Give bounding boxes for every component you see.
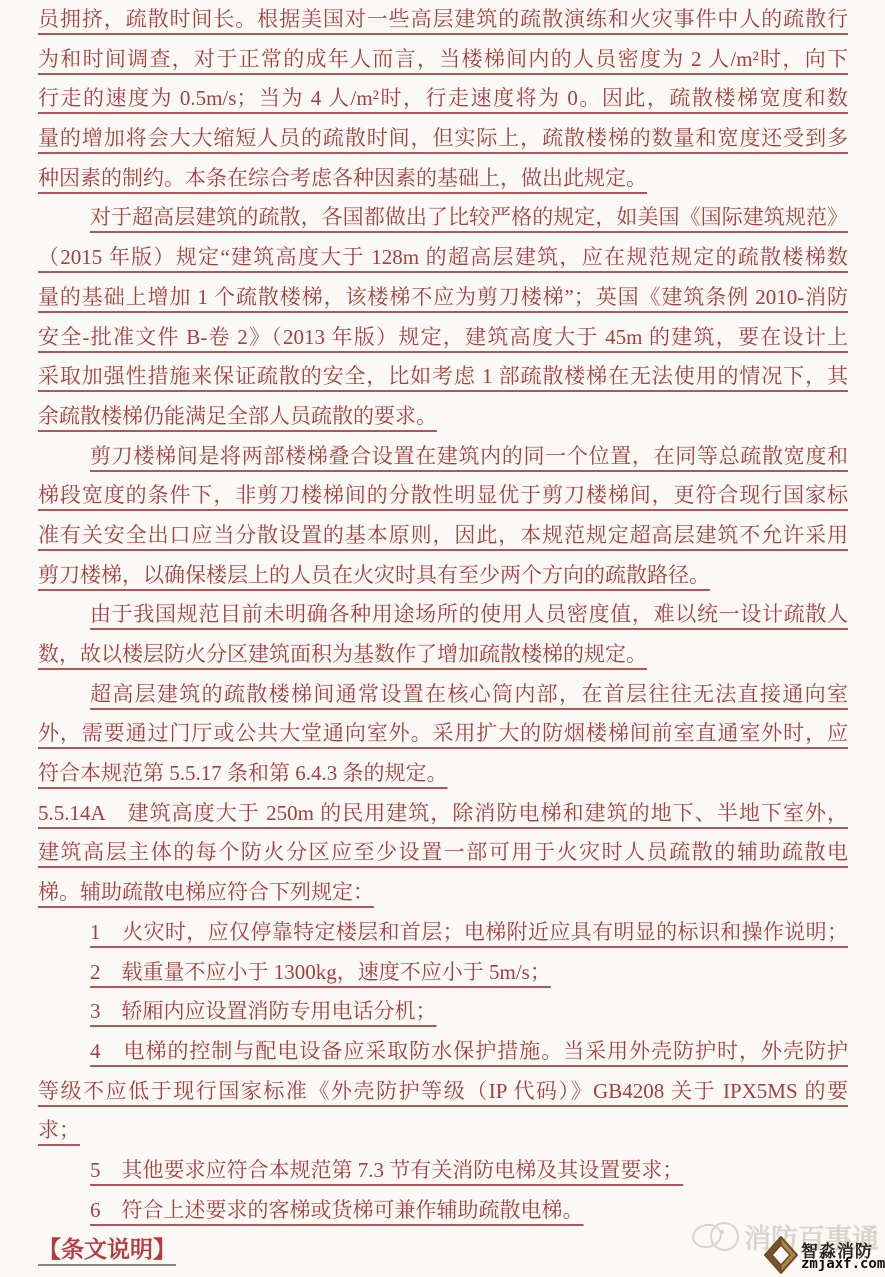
text-line: 剪刀楼梯间是将两部楼梯叠合设置在建筑内的同一个位置，在同等总疏散宽度和 (38, 437, 848, 477)
clause-heading-line: 建筑高层主体的每个防火分区应至少设置一部可用于火灾时人员疏散的辅助疏散电 (38, 833, 848, 873)
text-line: 余疏散楼梯仍能满足全部人员疏散的要求。 (38, 397, 848, 437)
clause-heading-line: 梯。辅助疏散电梯应符合下列规定： (38, 873, 848, 913)
text-line: 数，故以楼层防火分区建筑面积为基数作了增加疏散楼梯的规定。 (38, 635, 848, 675)
bubbles-icon (692, 1220, 746, 1252)
text-line: 梯段宽度的条件下，非剪刀楼梯间的分散性明显优于剪刀楼梯间，更符合现行国家标 (38, 476, 848, 516)
diamond-logo-icon (764, 1236, 798, 1274)
zhimiao-logo: 智淼消防 zmjaxf.com (764, 1236, 882, 1276)
document-page: 员拥挤，疏散时间长。根据美国对一些高层建筑的疏散演练和火灾事件中人的疏散行 为和… (0, 0, 885, 1277)
list-item-line: 4 电梯的控制与配电设备应采取防水保护措施。当采用外壳防护时，外壳防护 (38, 1032, 848, 1072)
text-line: 由于我国规范目前未明确各种用途场所的使用人员密度值，难以统一设计疏散人 (38, 595, 848, 635)
logo-site-text: zmjaxf.com (801, 1256, 885, 1272)
text-line: 外，需要通过门厅或公共大堂通向室外。采用扩大的防烟楼梯间前室直通室外时，应 (38, 714, 848, 754)
text-line: 行走的速度为 0.5m/s；当为 4 人/m²时，行走速度将为 0。因此，疏散楼… (38, 79, 848, 119)
text-line: 对于超高层建筑的疏散，各国都做出了比较严格的规定，如美国《国际建筑规范》 (38, 198, 848, 238)
list-item-line: 求； (38, 1111, 848, 1151)
text-line: 量的增加将会大大缩短人员的疏散时间，但实际上，疏散楼梯的数量和宽度还受到多 (38, 119, 848, 159)
text-line: 超高层建筑的疏散楼梯间通常设置在核心筒内部，在首层往往无法直接通向室 (38, 675, 848, 715)
bubble-shape (710, 1222, 739, 1251)
clause-heading-line: 5.5.14A 建筑高度大于 250m 的民用建筑，除消防电梯和建筑的地下、半地… (38, 794, 848, 834)
bubble-dot (720, 1230, 724, 1234)
text-line: 安全-批准文件 B-卷 2》（2013 年版）规定，建筑高度大于 45m 的建筑… (38, 318, 848, 358)
list-item-line: 等级不应低于现行国家标准《外壳防护等级（IP 代码）》GB4208 关于 IPX… (38, 1072, 848, 1112)
list-item-line: 3 轿厢内应设置消防专用电话分机； (38, 992, 848, 1032)
text-line: 种因素的制约。本条在综合考虑各种因素的基础上，做出此规定。 (38, 159, 848, 199)
text-line: （2015 年版）规定“建筑高度大于 128m 的超高层建筑，应在规范规定的疏散… (38, 238, 848, 278)
text-line: 员拥挤，疏散时间长。根据美国对一些高层建筑的疏散演练和火灾事件中人的疏散行 (38, 0, 848, 40)
list-item-line: 5 其他要求应符合本规范第 7.3 节有关消防电梯及其设置要求； (38, 1151, 848, 1191)
text-line: 量的基础上增加 1 个疏散楼梯，该楼梯不应为剪刀楼梯”；英国《建筑条例 2010… (38, 278, 848, 318)
text-line: 剪刀楼梯，以确保楼层上的人员在火灾时具有至少两个方向的疏散路径。 (38, 556, 848, 596)
text-line: 准有关安全出口应当分散设置的基本原则，因此，本规范规定超高层建筑不允许采用 (38, 516, 848, 556)
list-item-line: 1 火灾时，应仅停靠特定楼层和首层；电梯附近应具有明显的标识和操作说明； (38, 913, 848, 953)
text-line: 为和时间调查，对于正常的成年人而言，当楼梯间内的人员密度为 2 人/m²时，向下 (38, 40, 848, 80)
document-text: 员拥挤，疏散时间长。根据美国对一些高层建筑的疏散演练和火灾事件中人的疏散行 为和… (38, 0, 848, 1270)
text-line: 采取加强性措施来保证疏散的安全，比如考虑 1 部疏散楼梯在无法使用的情况下，其 (38, 357, 848, 397)
list-item-line: 2 载重量不应小于 1300kg，速度不应小于 5m/s； (38, 953, 848, 993)
text-line: 符合本规范第 5.5.17 条和第 6.4.3 条的规定。 (38, 754, 848, 794)
